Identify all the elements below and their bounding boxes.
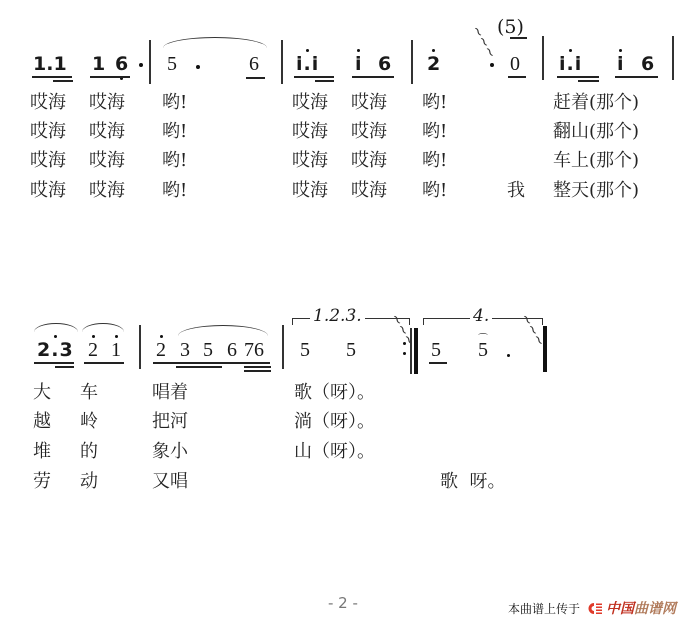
lyric: 哟!	[422, 122, 447, 142]
lyric: 哎海	[292, 93, 328, 113]
breath-mark: ~~~	[468, 23, 499, 61]
note: 2	[88, 340, 98, 360]
lyric: 哎海	[351, 181, 387, 201]
lyric: 岭	[80, 412, 98, 432]
lyric: 哎海	[292, 151, 328, 171]
note: 5	[167, 54, 177, 74]
site-name-part1: 中国	[606, 598, 634, 618]
underline	[32, 76, 72, 78]
lyric: 哎海	[89, 122, 125, 142]
note: i.i	[559, 54, 582, 74]
slur	[178, 325, 268, 336]
lyric: 哎海	[351, 151, 387, 171]
augmentation-dot	[507, 354, 510, 357]
lyric: 哎海	[30, 93, 66, 113]
underline	[176, 366, 222, 368]
lyric: 哎海	[351, 122, 387, 142]
lyric: 动	[80, 472, 98, 492]
repeat-dot	[403, 352, 406, 355]
underline	[84, 362, 124, 364]
lyric: 歌 呀。	[440, 472, 505, 492]
underline	[557, 76, 599, 78]
note: 1.1	[33, 54, 67, 74]
note: 3	[180, 340, 190, 360]
augmentation-dot	[196, 65, 200, 69]
underline	[34, 362, 74, 364]
site-name-part2: 曲谱网	[634, 598, 676, 618]
repeat-end-barline	[414, 328, 418, 374]
lyric: 哟!	[162, 181, 187, 201]
underline	[90, 76, 130, 78]
underline	[429, 362, 447, 364]
underline	[294, 76, 334, 78]
underline	[244, 370, 271, 372]
lyric: 哎海	[292, 122, 328, 142]
note: 1	[111, 340, 121, 360]
lyric: 堆	[33, 442, 51, 462]
source-credit: 本曲谱上传于 中国 曲谱网	[508, 598, 676, 618]
underline	[352, 76, 394, 78]
lyric: 唱着	[152, 383, 188, 403]
barline	[672, 36, 674, 80]
lyric: 哎海	[89, 151, 125, 171]
note: 2	[427, 54, 440, 74]
barline	[149, 40, 151, 84]
lyric: 象小	[152, 442, 188, 462]
lyric: 翻山(那个)	[553, 122, 639, 142]
repeat-dot	[403, 342, 406, 345]
barline	[282, 325, 284, 369]
underline	[246, 77, 265, 79]
lyric: 哟!	[162, 151, 187, 171]
note: 6	[641, 54, 654, 74]
note: 5	[203, 340, 213, 360]
lyric: 车上(那个)	[553, 151, 639, 171]
augmentation-dot	[490, 63, 494, 67]
page-number: - 2 -	[328, 594, 358, 612]
lyric: 哎海	[292, 181, 328, 201]
lyric: 车	[80, 383, 98, 403]
underline	[244, 366, 271, 368]
lyric: 把河	[152, 412, 188, 432]
note: 1	[92, 54, 105, 74]
note: 6	[378, 54, 391, 74]
lyric: 哟!	[162, 93, 187, 113]
underline	[55, 366, 74, 368]
lyric: 越	[33, 412, 51, 432]
barline	[139, 325, 141, 369]
barline	[411, 40, 413, 84]
lyric: 我	[507, 181, 525, 201]
note: 2	[156, 340, 166, 360]
lyric: 整天(那个)	[553, 181, 639, 201]
lyric: 歌（呀）。	[294, 383, 375, 403]
lyric: 哎海	[30, 181, 66, 201]
lyric: 又唱	[152, 472, 188, 492]
lyric: 哟!	[162, 122, 187, 142]
lyric: 哎海	[30, 122, 66, 142]
lyric: 劳	[33, 472, 51, 492]
note: 5	[346, 340, 356, 360]
note: 6	[249, 54, 259, 74]
lyric: 哎海	[351, 93, 387, 113]
lyric: 哟!	[422, 181, 447, 201]
lyric: 大	[33, 383, 51, 403]
alternate-note: (5)	[497, 17, 524, 37]
lyric: 哟!	[422, 93, 447, 113]
note: 6	[115, 54, 128, 74]
note: 5	[300, 340, 310, 360]
lyric: 山（呀）。	[294, 442, 375, 462]
barline	[410, 328, 412, 374]
note: 76	[244, 340, 264, 360]
logo-icon	[586, 602, 604, 615]
volta-label-2: 4.	[470, 306, 492, 326]
underline	[508, 76, 526, 78]
lyric: 哟!	[422, 151, 447, 171]
lyric: 的	[80, 442, 98, 462]
slur	[34, 323, 78, 332]
underline	[153, 362, 270, 364]
note: i	[355, 54, 362, 74]
slur	[163, 37, 267, 48]
augmentation-dot	[139, 63, 143, 67]
note: i	[617, 54, 624, 74]
note: 2.3	[37, 340, 74, 360]
source-prefix: 本曲谱上传于	[508, 600, 580, 617]
note: 6	[227, 340, 237, 360]
volta-label-1: 1.2.3.	[310, 306, 365, 326]
lyric: 赶着(那个)	[553, 93, 639, 113]
lyric: 淌（呀）。	[294, 412, 375, 432]
underline	[578, 80, 599, 82]
underline	[615, 76, 658, 78]
lyric: 哎海	[89, 181, 125, 201]
slur	[82, 323, 124, 332]
site-logo[interactable]: 中国 曲谱网	[586, 598, 676, 618]
note: 5	[478, 340, 488, 360]
barline	[542, 36, 544, 80]
final-barline	[543, 326, 547, 372]
barline	[281, 40, 283, 84]
note: i.i	[296, 54, 319, 74]
underline	[53, 80, 73, 82]
underline	[510, 37, 527, 39]
lyric: 哎海	[30, 151, 66, 171]
note: 0	[510, 54, 520, 74]
lyric: 哎海	[89, 93, 125, 113]
underline	[315, 80, 334, 82]
note: 5	[431, 340, 441, 360]
